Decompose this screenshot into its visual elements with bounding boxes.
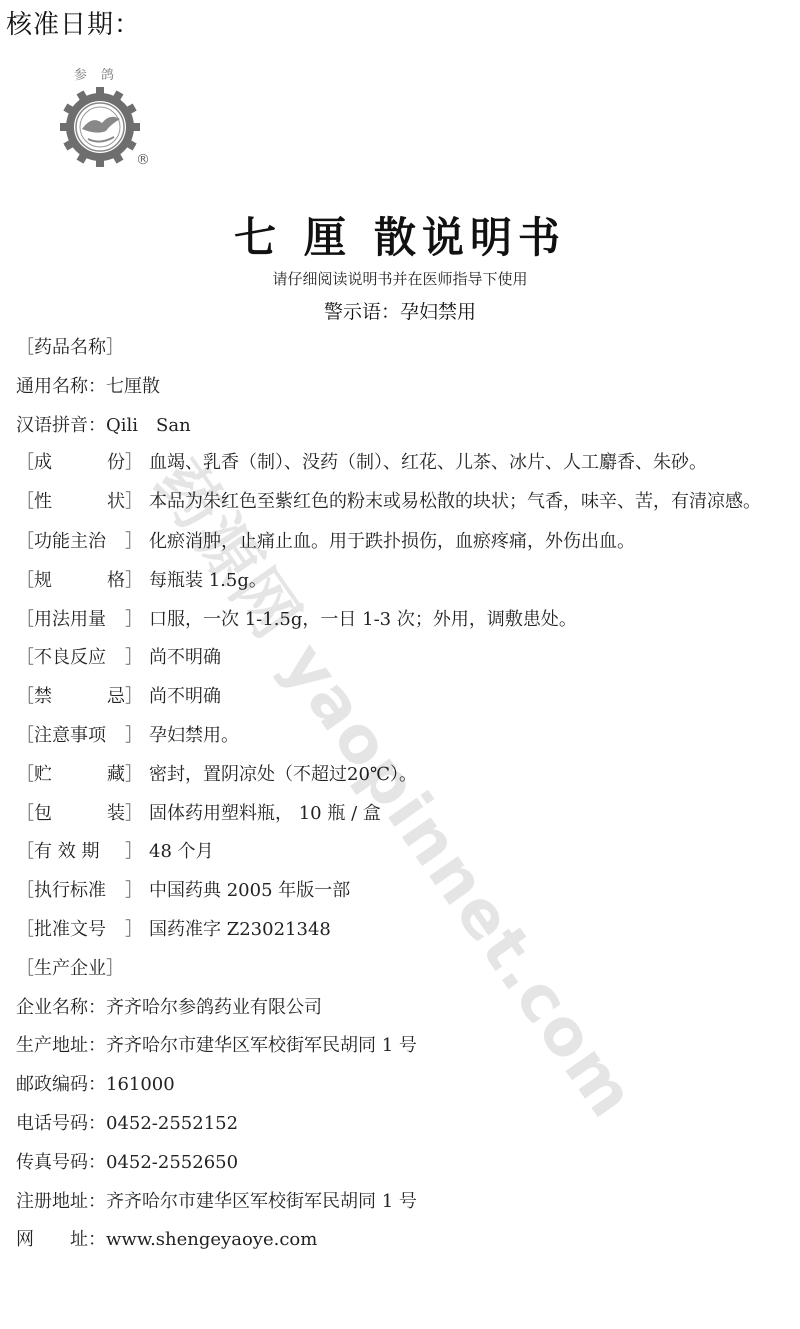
item-standard: ［执行标准］ 中国药典 2005 年版一部: [16, 873, 786, 912]
item-value: 中国药典 2005 年版一部: [149, 873, 786, 912]
item-value: 每瓶装 1.5g。: [149, 563, 786, 602]
item-value: 孕妇禁用。: [149, 718, 786, 757]
item-precautions: ［注意事项］ 孕妇禁用。: [16, 718, 786, 757]
item-shelf-life: ［有 效 期］ 48 个月: [16, 834, 786, 873]
production-address: 生产地址：齐齐哈尔市建华区军校街军民胡同 1 号: [16, 1028, 786, 1067]
item-storage: ［贮藏］ 密封，置阴凉处（不超过20℃）。: [16, 757, 786, 796]
phone-number: 电话号码：0452-2552152: [16, 1106, 786, 1145]
item-value: 密封，置阴凉处（不超过20℃）。: [149, 757, 786, 796]
approval-date-label: 核准日期：: [6, 4, 141, 41]
item-value: 口服，一次 1-1.5g，一日 1-3 次；外用，调敷患处。: [149, 602, 786, 641]
pinyin-name: 汉语拼音：Qili San: [16, 408, 191, 447]
brand-name: 参鸽: [74, 64, 128, 83]
registered-address: 注册地址：齐齐哈尔市建华区军校街军民胡同 1 号: [16, 1184, 786, 1223]
generic-name: 通用名称：七厘散: [16, 369, 160, 408]
item-label: ［不良反应］: [16, 640, 149, 679]
item-label: ［包装］: [16, 796, 149, 835]
fax-number: 传真号码：0452-2552650: [16, 1145, 786, 1184]
title-part-1: 七: [234, 213, 282, 262]
item-label: ［注意事项］: [16, 718, 149, 757]
postal-code: 邮政编码：161000: [16, 1067, 786, 1106]
item-label: ［有 效 期］: [16, 834, 149, 873]
manufacturer-name: 企业名称：齐齐哈尔参鸽药业有限公司: [16, 990, 786, 1029]
item-value: 尚不明确: [149, 679, 786, 718]
website: 网 址：www.shengeyaoye.com: [16, 1222, 786, 1261]
item-value: 化瘀消肿，止痛止血。用于跌扑损伤，血瘀疼痛，外伤出血。: [149, 524, 786, 563]
item-description: ［性状］ 本品为朱红色至紫红色的粉末或易松散的块状；气香，味辛、苦，有清凉感。: [16, 485, 786, 524]
item-contraindications: ［禁忌］ 尚不明确: [16, 679, 786, 718]
item-label: ［性状］: [16, 485, 149, 524]
item-label: ［规格］: [16, 563, 149, 602]
item-ingredients: ［成份］ 血竭、乳香（制）、没药（制）、红花、儿茶、冰片、人工麝香、朱砂。: [16, 446, 786, 485]
item-specification: ［规格］ 每瓶装 1.5g。: [16, 563, 786, 602]
item-value: 国药准字 Z23021348: [149, 912, 786, 951]
website-link[interactable]: www.shengeyaoye.com: [106, 1222, 317, 1261]
item-dosage: ［用法用量］ 口服，一次 1-1.5g，一日 1-3 次；外用，调敷患处。: [16, 602, 786, 641]
item-label: ［执行标准］: [16, 873, 149, 912]
item-value: 固体药用塑料瓶， 10 瓶 / 盒: [149, 796, 786, 835]
item-adverse-reactions: ［不良反应］ 尚不明确: [16, 640, 786, 679]
item-value: 48 个月: [149, 834, 786, 873]
title-part-2: 厘: [304, 213, 352, 262]
item-packaging: ［包装］ 固体药用塑料瓶， 10 瓶 / 盒: [16, 796, 786, 835]
item-label: ［禁忌］: [16, 679, 149, 718]
item-value: 本品为朱红色至紫红色的粉末或易松散的块状；气香，味辛、苦，有清凉感。: [149, 485, 786, 524]
item-label: ［用法用量］: [16, 602, 149, 641]
item-label: ［成份］: [16, 446, 149, 485]
item-value: 尚不明确: [149, 640, 786, 679]
item-indications: ［功能主治］ 化瘀消肿，止痛止血。用于跌扑损伤，血瘀疼痛，外伤出血。: [16, 524, 786, 563]
registered-mark: ®: [136, 152, 150, 168]
warning-text: 警示语：孕妇禁用: [0, 297, 800, 324]
item-label: ［批准文号］: [16, 912, 149, 951]
section-header-manufacturer: ［生产企业］: [16, 951, 124, 990]
document-title: 七厘散说明书: [0, 205, 800, 265]
item-label: ［贮藏］: [16, 757, 149, 796]
title-part-3: 散说明书: [374, 213, 566, 262]
item-label: ［功能主治］: [16, 524, 149, 563]
item-value: 血竭、乳香（制）、没药（制）、红花、儿茶、冰片、人工麝香、朱砂。: [149, 446, 786, 485]
gear-dove-emblem-icon: [58, 85, 142, 169]
section-header-drug-name: ［药品名称］: [16, 330, 124, 369]
reading-instruction: 请仔细阅读说明书并在医师指导下使用: [0, 268, 800, 289]
leaflet-body: ［药品名称］ 通用名称：七厘散 汉语拼音：Qili San ［成份］ 血竭、乳香…: [16, 330, 786, 1261]
item-approval-number: ［批准文号］ 国药准字 Z23021348: [16, 912, 786, 951]
